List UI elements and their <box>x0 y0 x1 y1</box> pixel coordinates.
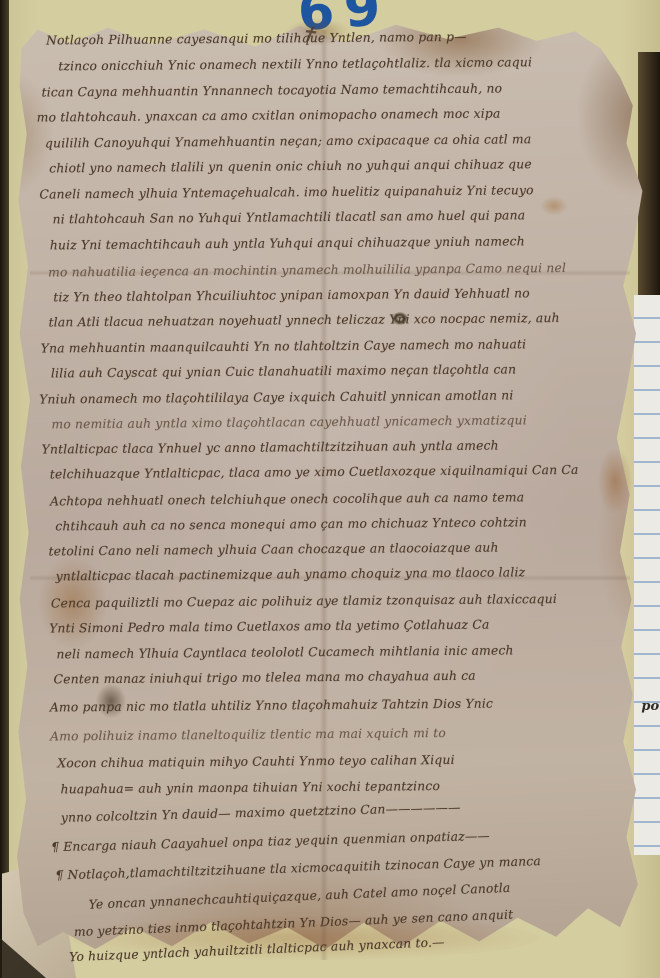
manuscript-line: ¶ Notlaçoh,tlamachtiltzitzihuane tla xic… <box>55 855 541 882</box>
manuscript-line: tican Cayna mehhuantin Ynnannech tocayot… <box>41 82 502 98</box>
manuscript-line: mo tlahtohcauh. ynaxcan ca amo cxitlan o… <box>37 107 501 123</box>
manuscript-line: Cenca paquiliztli mo Cuepaz aic polihuiz… <box>51 593 557 610</box>
manuscript-line: Amo panpa nic mo tlatla uhtiliz Ynno tla… <box>50 698 493 714</box>
manuscript-line: Centen manaz iniuhqui trigo mo tlelea ma… <box>54 670 476 686</box>
manuscript-line: tetolini Cano neli namech ylhuia Caan ch… <box>48 542 498 558</box>
manuscript-line: yntlalticpac tlacah pactinemizque auh yn… <box>56 566 526 582</box>
manuscript-line: lilia auh Cayscat qui ynian Cuic tlanahu… <box>51 363 516 379</box>
manuscript-line: Achtopa nehhuatl onech telchiuhque onech… <box>50 491 524 507</box>
manuscript-line: tlan Atli tlacua nehuatzan noyehuatl ynn… <box>48 312 559 329</box>
manuscript-line: ni tlahtohcauh San no Yuhqui Yntlamachti… <box>53 209 526 225</box>
manuscript-line: mo nahuatilia ieçenca an mochintin yname… <box>48 262 566 279</box>
manuscript-photo: por 69 ✝ Notlaçoh Pilhuanne cayesanqui m… <box>0 0 660 978</box>
handwritten-text: Notlaçoh Pilhuanne cayesanqui mo tilihqu… <box>0 0 660 978</box>
manuscript-line: Yna mehhuantin maanquilcauhti Yn no tlah… <box>41 338 527 355</box>
manuscript-line: chtihcauh auh ca no senca monequi amo ça… <box>55 516 527 532</box>
manuscript-line: Xocon chihua matiquin mihyo Cauhti Ynmo … <box>57 754 454 770</box>
manuscript-line: Caneli namech ylhuia Yntemaçehualcah. im… <box>39 184 533 201</box>
manuscript-line: Ynti Simoni Pedro mala timo Cuetlaxos am… <box>49 619 489 635</box>
manuscript-line: chiotl yno namech tlalili yn quenin onic… <box>49 158 532 175</box>
manuscript-line: Amo polihuiz inamo tlaneltoquiliz tlenti… <box>50 727 446 743</box>
manuscript-line: huiz Yni temachtihcauh auh yntla Yuhqui … <box>50 235 525 251</box>
manuscript-line: tiz Yn theo tlahtolpan Yhcuiliuhtoc ynip… <box>53 287 530 303</box>
manuscript-line: Yntlalticpac tlaca Ynhuel yc anno tlamac… <box>42 440 499 456</box>
manuscript-line: telchihuazque Yntlalticpac, tlaca amo ye… <box>50 464 579 481</box>
manuscript-line: tzinco onicchiuh Ynic onamech nextili Yn… <box>58 56 532 72</box>
manuscript-line: Yniuh onamech mo tlaçohtililaya Caye ixq… <box>39 389 513 405</box>
manuscript-line: quililih Canoyuhqui Ynamehhuantin neçan;… <box>45 133 532 150</box>
manuscript-line: mo yetzino ties inmo tlaçohtahtzin Yn Di… <box>74 909 514 939</box>
manuscript-line: Notlaçoh Pilhuanne cayesanqui mo tilihqu… <box>46 31 467 47</box>
manuscript-line: neli namech Ylhuia Cayntlaca teololotl C… <box>56 644 513 660</box>
manuscript-line: Ye oncan ynnanechcauhtiquiçazque, auh Ca… <box>88 882 510 911</box>
manuscript-line: ¶ Encarga niauh Caayahuel onpa tiaz yequ… <box>51 830 490 854</box>
manuscript-line: huapahua= auh ynin maonpa tihuian Yni xo… <box>61 780 441 796</box>
manuscript-line: Yo huizque yntlach yahuiltzitli tlalticp… <box>69 936 445 963</box>
manuscript-line: ynno colcoltzin Yn dauid— maximo quetztz… <box>61 801 461 824</box>
manuscript-line: mo nemitia auh yntla ximo tlaçohtlacan c… <box>51 414 526 430</box>
